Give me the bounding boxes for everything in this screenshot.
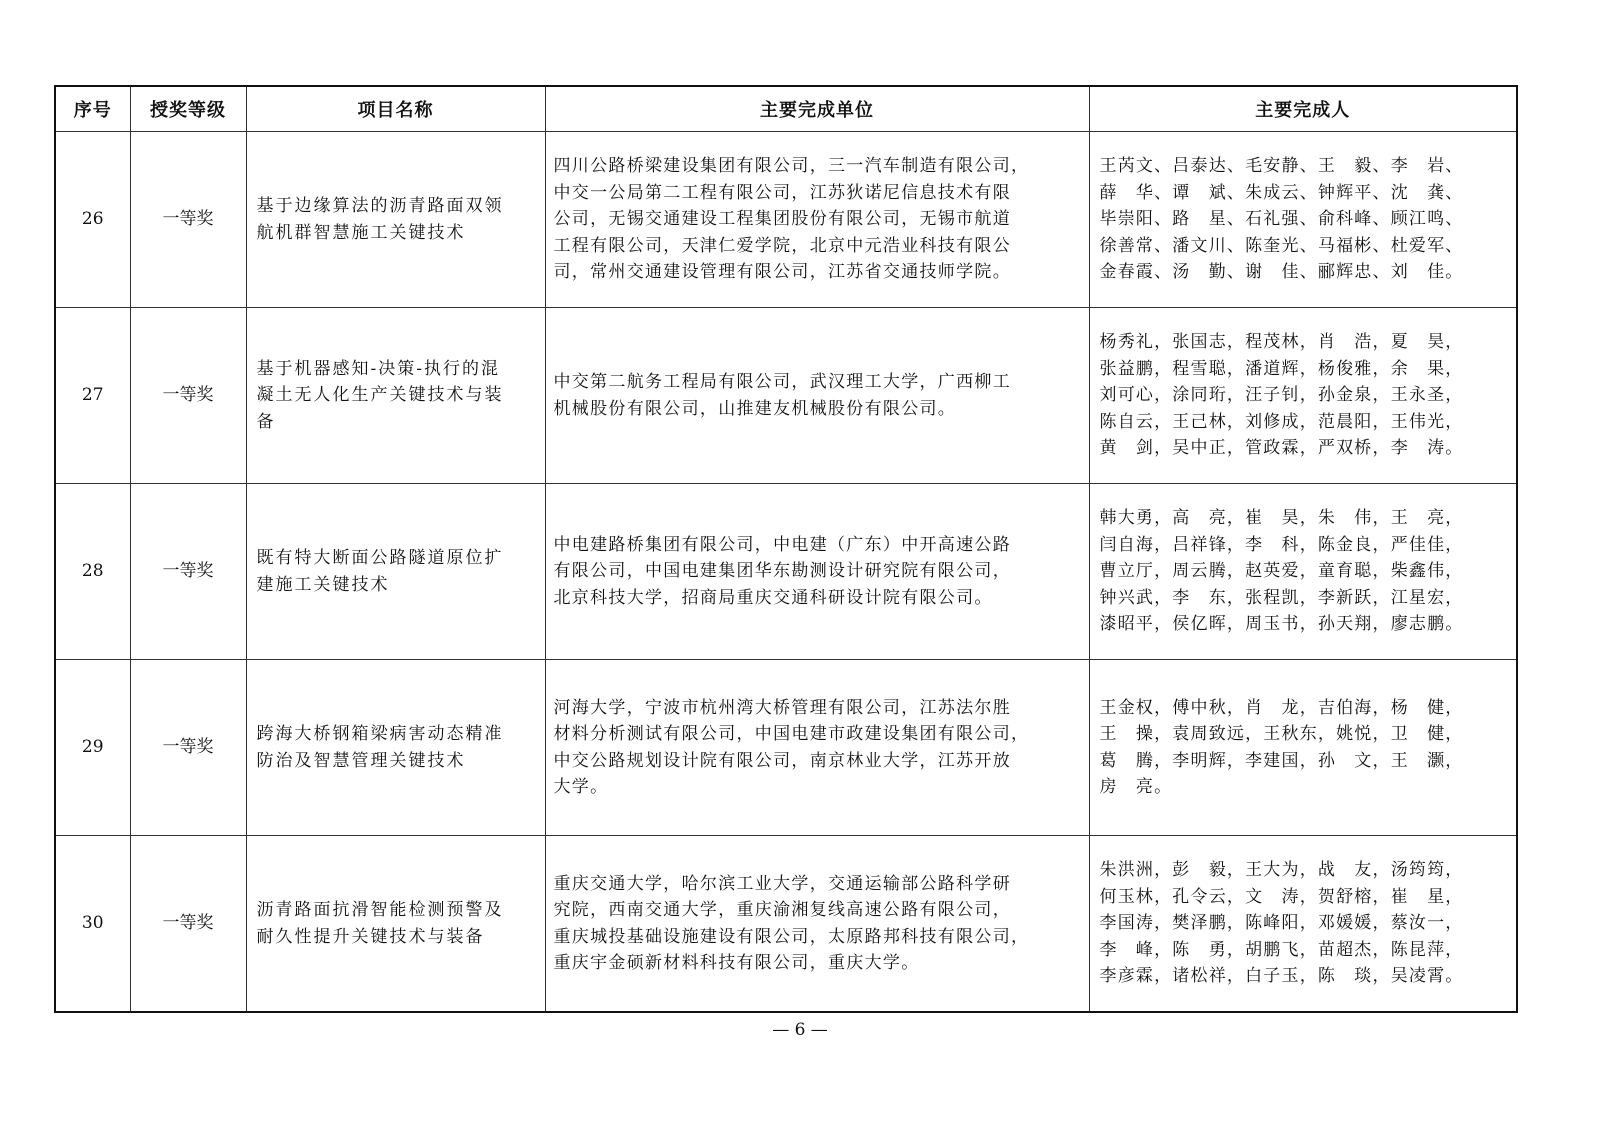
main-people-line: 朱洪洲，彭 毅，王大为，战 友，汤筠筠， [1100, 857, 1511, 884]
project-name-line: 航机群智慧施工关键技术 [257, 220, 535, 247]
main-people-line: 刘可心，涂同珩，汪子钊，孙金泉，王永圣， [1100, 382, 1511, 409]
project-name-line: 基于机器感知-决策-执行的混 [257, 356, 535, 383]
award-grade-cell: 一等奖 [130, 836, 246, 1013]
project-name-line: 建施工关键技术 [257, 572, 535, 599]
award-grade-cell: 一等奖 [130, 484, 246, 660]
main-people-line: 葛 腾，李明辉，李建国，孙 文，王 灏， [1100, 748, 1511, 775]
award-grade-cell: 一等奖 [130, 308, 246, 484]
main-people-line: 王金权，傅中秋，肖 龙，吉伯海，杨 健， [1100, 695, 1511, 722]
project-name-cell: 基于机器感知-决策-执行的混凝土无人化生产关键技术与装备 [246, 308, 545, 484]
main-units-cell: 中交第二航务工程局有限公司，武汉理工大学，广西柳工机械股份有限公司，山推建友机械… [545, 308, 1089, 484]
main-people-line: 杨秀礼，张国志，程茂林，肖 浩，夏 昊， [1100, 329, 1511, 356]
project-name-line: 既有特大断面公路隧道原位扩 [257, 545, 535, 572]
project-name-cell: 基于边缘算法的沥青路面双领航机群智慧施工关键技术 [246, 132, 545, 308]
project-name-line: 防治及智慧管理关键技术 [257, 748, 535, 775]
header-serial-no: 序号 [55, 86, 130, 132]
main-units-line: 重庆城投基础设施建设有限公司，太原路邦科技有限公司， [554, 924, 1081, 951]
main-people-line: 闫自海，吕祥锋，李 科，陈金良，严佳佳， [1100, 532, 1511, 559]
main-units-line: 四川公路桥梁建设集团有限公司，三一汽车制造有限公司， [554, 153, 1081, 180]
main-people-line: 房 亮。 [1100, 774, 1511, 801]
main-people-line: 毕崇阳、路 星、石礼强、俞科峰、顾江鸣、 [1100, 206, 1511, 233]
main-people-line: 钟兴武，李 东，张程凯，李新跃，江星宏， [1100, 585, 1511, 612]
main-people-line: 张益鹏，程雪聪，潘道辉，杨俊雅，余 果， [1100, 356, 1511, 383]
main-units-line: 公司，无锡交通建设工程集团股份有限公司，无锡市航道 [554, 206, 1081, 233]
main-units-line: 河海大学，宁波市杭州湾大桥管理有限公司，江苏法尔胜 [554, 695, 1081, 722]
main-units-line: 中交公路规划设计院有限公司，南京林业大学，江苏开放 [554, 748, 1081, 775]
main-people-line: 金春霞、汤 勤、谢 佳、郦辉忠、刘 佳。 [1100, 259, 1511, 286]
main-units-line: 大学。 [554, 774, 1081, 801]
main-units-line: 中电建路桥集团有限公司，中电建（广东）中开高速公路 [554, 532, 1081, 559]
main-units-line: 司，常州交通建设管理有限公司，江苏省交通技师学院。 [554, 259, 1081, 286]
award-grade-cell: 一等奖 [130, 132, 246, 308]
main-units-line: 机械股份有限公司，山推建友机械股份有限公司。 [554, 396, 1081, 423]
award-grade-cell: 一等奖 [130, 660, 246, 836]
serial-no-cell: 29 [55, 660, 130, 836]
project-name-line: 沥青路面抗滑智能检测预警及 [257, 897, 535, 924]
project-name-line: 凝土无人化生产关键技术与装 [257, 382, 535, 409]
header-project-name: 项目名称 [246, 86, 545, 132]
project-name-cell: 跨海大桥钢箱梁病害动态精准防治及智慧管理关键技术 [246, 660, 545, 836]
main-units-line: 材料分析测试有限公司，中国电建市政建设集团有限公司， [554, 721, 1081, 748]
main-units-line: 北京科技大学，招商局重庆交通科研设计院有限公司。 [554, 585, 1081, 612]
main-units-line: 中交第二航务工程局有限公司，武汉理工大学，广西柳工 [554, 369, 1081, 396]
table-header-row: 序号 授奖等级 项目名称 主要完成单位 主要完成人 [55, 86, 1517, 132]
main-people-cell: 王芮文、吕泰达、毛安静、王 毅、李 岩、薛 华、谭 斌、朱成云、钟辉平、沈 龚、… [1089, 132, 1517, 308]
header-award-grade: 授奖等级 [130, 86, 246, 132]
main-units-line: 工程有限公司，天津仁爱学院，北京中元浩业科技有限公 [554, 233, 1081, 260]
main-people-line: 黄 剑，吴中正，管政霖，严双桥，李 涛。 [1100, 435, 1511, 462]
main-people-line: 薛 华、谭 斌、朱成云、钟辉平、沈 龚、 [1100, 180, 1511, 207]
main-units-line: 究院，西南交通大学，重庆渝湘复线高速公路有限公司， [554, 897, 1081, 924]
main-people-line: 李国涛，樊泽鹏，陈峰阳，邓媛媛，蔡汝一， [1100, 910, 1511, 937]
table-row: 26一等奖基于边缘算法的沥青路面双领航机群智慧施工关键技术四川公路桥梁建设集团有… [55, 132, 1517, 308]
project-name-line: 跨海大桥钢箱梁病害动态精准 [257, 721, 535, 748]
serial-no-cell: 27 [55, 308, 130, 484]
main-people-line: 王 操，袁周致远，王秋东，姚悦，卫 健， [1100, 721, 1511, 748]
main-people-cell: 朱洪洲，彭 毅，王大为，战 友，汤筠筠，何玉林，孔令云，文 涛，贺舒榕，崔 星，… [1089, 836, 1517, 1013]
main-people-cell: 韩大勇，高 亮，崔 昊，朱 伟，王 亮，闫自海，吕祥锋，李 科，陈金良，严佳佳，… [1089, 484, 1517, 660]
main-people-line: 韩大勇，高 亮，崔 昊，朱 伟，王 亮， [1100, 505, 1511, 532]
main-units-cell: 中电建路桥集团有限公司，中电建（广东）中开高速公路有限公司，中国电建集团华东勘测… [545, 484, 1089, 660]
main-units-cell: 河海大学，宁波市杭州湾大桥管理有限公司，江苏法尔胜材料分析测试有限公司，中国电建… [545, 660, 1089, 836]
serial-no-cell: 30 [55, 836, 130, 1013]
main-units-cell: 重庆交通大学，哈尔滨工业大学，交通运输部公路科学研究院，西南交通大学，重庆渝湘复… [545, 836, 1089, 1013]
main-units-cell: 四川公路桥梁建设集团有限公司，三一汽车制造有限公司，中交一公局第二工程有限公司，… [545, 132, 1089, 308]
header-main-people: 主要完成人 [1089, 86, 1517, 132]
project-name-line: 基于边缘算法的沥青路面双领 [257, 193, 535, 220]
main-people-cell: 王金权，傅中秋，肖 龙，吉伯海，杨 健，王 操，袁周致远，王秋东，姚悦，卫 健，… [1089, 660, 1517, 836]
main-people-line: 徐善常、潘文川、陈奎光、马福彬、杜爱军、 [1100, 233, 1511, 260]
table-row: 29一等奖跨海大桥钢箱梁病害动态精准防治及智慧管理关键技术河海大学，宁波市杭州湾… [55, 660, 1517, 836]
document-page: 序号 授奖等级 项目名称 主要完成单位 主要完成人 26一等奖基于边缘算法的沥青… [54, 85, 1516, 1013]
main-people-line: 何玉林，孔令云，文 涛，贺舒榕，崔 星， [1100, 884, 1511, 911]
main-people-cell: 杨秀礼，张国志，程茂林，肖 浩，夏 昊，张益鹏，程雪聪，潘道辉，杨俊雅，余 果，… [1089, 308, 1517, 484]
project-name-cell: 既有特大断面公路隧道原位扩建施工关键技术 [246, 484, 545, 660]
main-units-line: 中交一公局第二工程有限公司，江苏狄诺尼信息技术有限 [554, 180, 1081, 207]
main-people-line: 王芮文、吕泰达、毛安静、王 毅、李 岩、 [1100, 153, 1511, 180]
main-units-line: 有限公司，中国电建集团华东勘测设计研究院有限公司， [554, 558, 1081, 585]
serial-no-cell: 26 [55, 132, 130, 308]
main-units-line: 重庆宇金硕新材料科技有限公司，重庆大学。 [554, 950, 1081, 977]
header-main-units: 主要完成单位 [545, 86, 1089, 132]
page-number: — 6 — [0, 1020, 1600, 1040]
serial-no-cell: 28 [55, 484, 130, 660]
project-name-line: 备 [257, 409, 535, 436]
main-people-line: 李 峰，陈 勇，胡鹏飞，苗超杰，陈昆萍， [1100, 937, 1511, 964]
main-people-line: 陈自云，王己林，刘修成，范晨阳，王伟光， [1100, 409, 1511, 436]
table-row: 30一等奖沥青路面抗滑智能检测预警及耐久性提升关键技术与装备重庆交通大学，哈尔滨… [55, 836, 1517, 1013]
project-name-line: 耐久性提升关键技术与装备 [257, 924, 535, 951]
main-people-line: 曹立厅，周云腾，赵英爱，童育聪，柴鑫伟， [1100, 558, 1511, 585]
table-row: 27一等奖基于机器感知-决策-执行的混凝土无人化生产关键技术与装备中交第二航务工… [55, 308, 1517, 484]
award-table: 序号 授奖等级 项目名称 主要完成单位 主要完成人 26一等奖基于边缘算法的沥青… [54, 85, 1518, 1013]
main-people-line: 李彦霖，诸松祥，白子玉，陈 琰，吴凌霄。 [1100, 963, 1511, 990]
project-name-cell: 沥青路面抗滑智能检测预警及耐久性提升关键技术与装备 [246, 836, 545, 1013]
main-units-line: 重庆交通大学，哈尔滨工业大学，交通运输部公路科学研 [554, 871, 1081, 898]
main-people-line: 漆昭平，侯亿晖，周玉书，孙天翔，廖志鹏。 [1100, 611, 1511, 638]
table-row: 28一等奖既有特大断面公路隧道原位扩建施工关键技术中电建路桥集团有限公司，中电建… [55, 484, 1517, 660]
